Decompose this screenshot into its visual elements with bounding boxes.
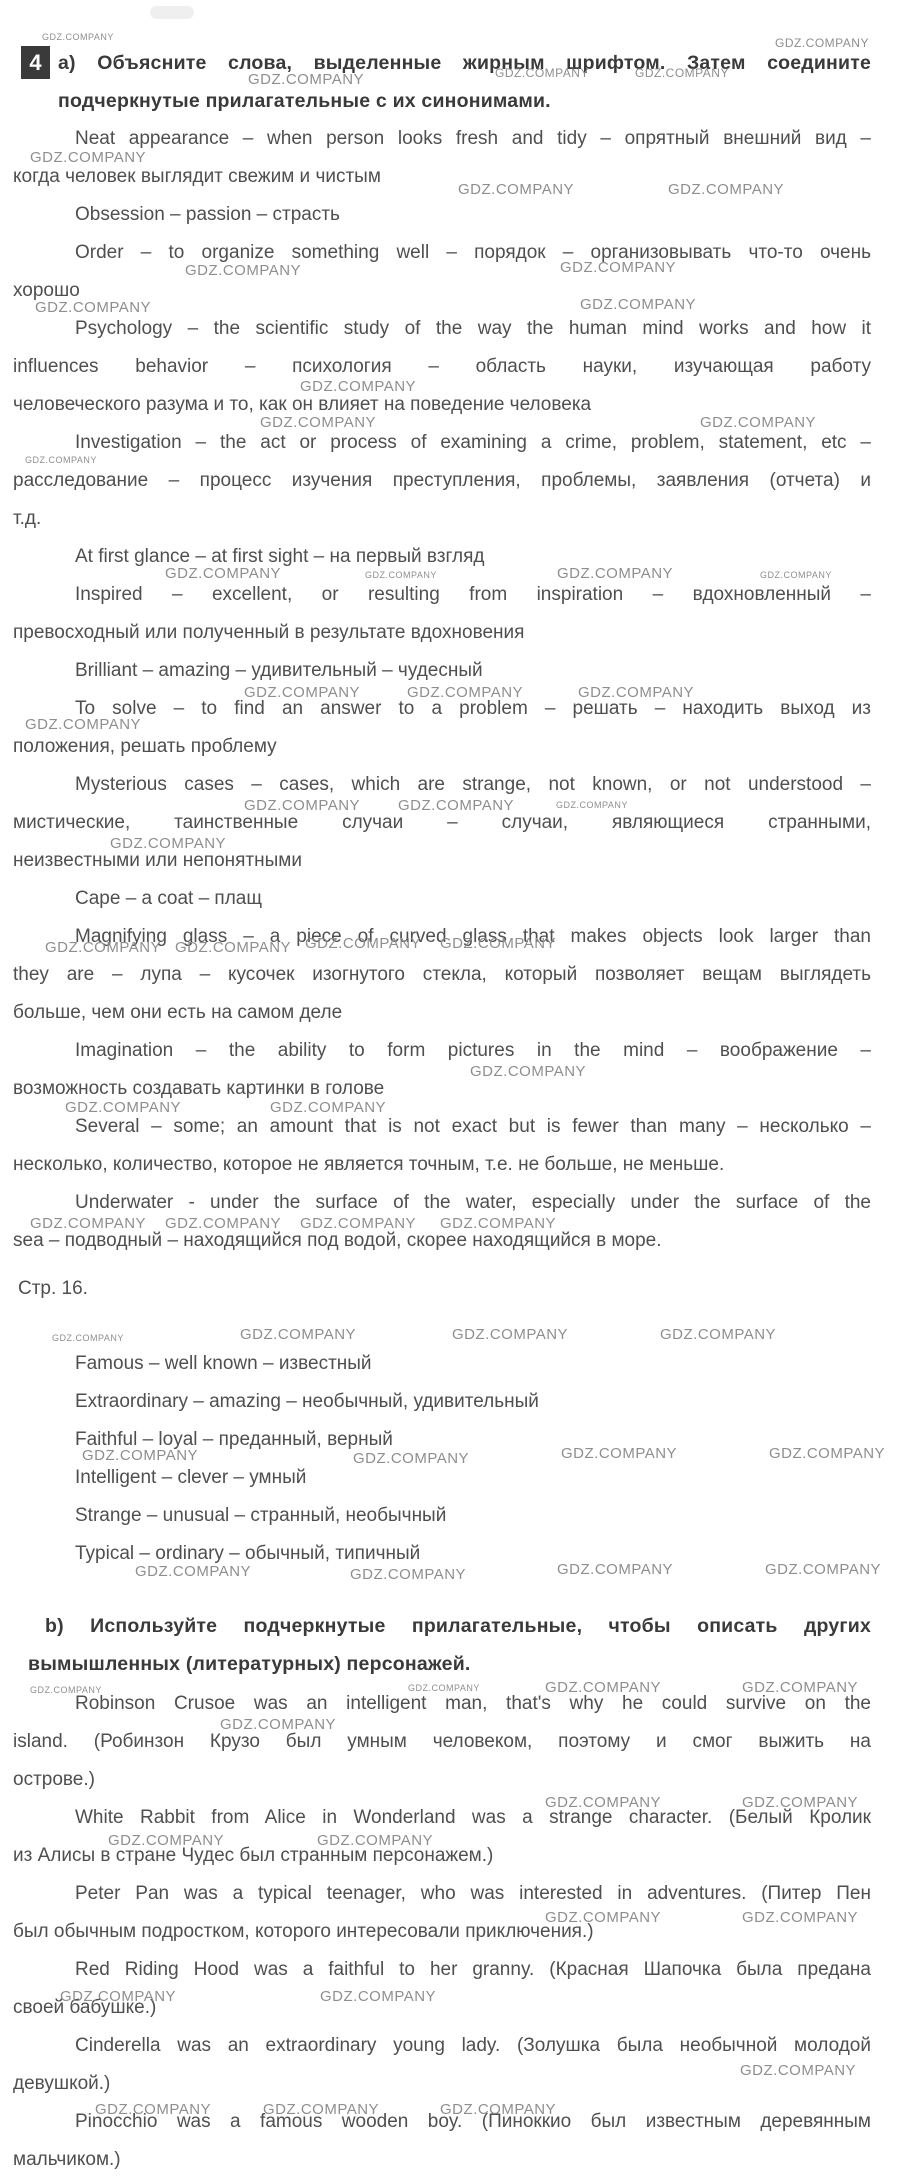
gdz-company-watermark: GDZ.COMPANY: [35, 300, 151, 315]
document-page: а) Объясните слова, выделенные жирным шр…: [0, 0, 905, 2178]
gdz-company-watermark: GDZ.COMPANY: [305, 936, 421, 951]
gdz-company-watermark: GDZ.COMPANY: [660, 1327, 776, 1342]
gdz-company-watermark: GDZ.COMPANY: [775, 37, 869, 49]
gdz-company-watermark: GDZ.COMPANY: [557, 1562, 673, 1577]
text-line: At first glance – at first sight – на пе…: [13, 538, 871, 576]
gdz-company-watermark: GDZ.COMPANY: [25, 456, 97, 465]
text-line: b) Используйте подчеркнутые прилагательн…: [28, 1607, 871, 1645]
gdz-company-watermark: GDZ.COMPANY: [769, 1446, 885, 1461]
gdz-company-watermark: GDZ.COMPANY: [365, 571, 437, 580]
gdz-company-watermark: GDZ.COMPANY: [560, 260, 676, 275]
gdz-company-watermark: GDZ.COMPANY: [45, 940, 161, 955]
text-line: несколько, количество, которое не являет…: [13, 1146, 871, 1184]
gdz-company-watermark: GDZ.COMPANY: [495, 67, 589, 79]
text-line: подчеркнутые прилагательные с их синоним…: [58, 82, 871, 120]
text-line: а) Объясните слова, выделенные жирным шр…: [58, 44, 871, 82]
gdz-company-watermark: GDZ.COMPANY: [700, 415, 816, 430]
gdz-company-watermark: GDZ.COMPANY: [440, 936, 556, 951]
gdz-company-watermark: GDZ.COMPANY: [248, 72, 364, 87]
text-line: Obsession – passion – страсть: [13, 196, 871, 234]
gdz-company-watermark: GDZ.COMPANY: [244, 798, 360, 813]
gdz-company-watermark: GDZ.COMPANY: [185, 263, 301, 278]
gdz-company-watermark: GDZ.COMPANY: [135, 1564, 251, 1579]
text-line: больше, чем они есть на самом деле: [13, 994, 871, 1032]
gdz-company-watermark: GDZ.COMPANY: [557, 566, 673, 581]
gdz-company-watermark: GDZ.COMPANY: [398, 798, 514, 813]
task-b-heading: b) Используйте подчеркнутые прилагательн…: [28, 1607, 871, 1683]
gdz-company-watermark: GDZ.COMPANY: [244, 685, 360, 700]
text-line: Extraordinary – amazing – необычный, уди…: [13, 1383, 871, 1421]
gdz-company-watermark: GDZ.COMPANY: [175, 940, 291, 955]
paragraph: Robinson Crusoe was an intelligent man, …: [13, 1685, 871, 1799]
gdz-company-watermark: GDZ.COMPANY: [580, 297, 696, 312]
gdz-company-watermark: GDZ.COMPANY: [452, 1327, 568, 1342]
text-line: превосходный или полученный в результате…: [13, 614, 871, 652]
paragraph: Inspired – excellent, or resulting from …: [13, 576, 871, 652]
gdz-company-watermark: GDZ.COMPANY: [165, 566, 281, 581]
text-line: Cape – a coat – плащ: [13, 880, 871, 918]
gdz-company-watermark: GDZ.COMPANY: [742, 1680, 858, 1695]
gdz-company-watermark: GDZ.COMPANY: [545, 1795, 661, 1810]
text-line: мальчиком.): [13, 2141, 871, 2178]
text-line: Inspired – excellent, or resulting from …: [13, 576, 871, 614]
text-line: Peter Pan was a typical teenager, who wa…: [13, 1875, 871, 1913]
gdz-company-watermark: GDZ.COMPANY: [353, 1451, 469, 1466]
gdz-company-watermark: GDZ.COMPANY: [108, 1833, 224, 1848]
gdz-company-watermark: GDZ.COMPANY: [317, 1833, 433, 1848]
gdz-company-watermark: GDZ.COMPANY: [65, 1100, 181, 1115]
page-reference-row: Стр. 16.: [18, 1270, 871, 1308]
task-a-heading: а) Объясните слова, выделенные жирным шр…: [58, 44, 871, 120]
gdz-company-watermark: GDZ.COMPANY: [561, 1446, 677, 1461]
text-line: т.д.: [13, 500, 871, 538]
text-line: island. (Робинзон Крузо был умным челове…: [13, 1723, 871, 1761]
task-number-badge: 4: [21, 46, 50, 79]
gdz-company-watermark: GDZ.COMPANY: [300, 1216, 416, 1231]
gdz-company-watermark: GDZ.COMPANY: [440, 2102, 556, 2117]
text-line: Imagination – the ability to form pictur…: [13, 1032, 871, 1070]
paragraph: Obsession – passion – страсть: [13, 196, 871, 234]
text-line: Red Riding Hood was a faithful to her gr…: [13, 1951, 871, 1989]
gdz-company-watermark: GDZ.COMPANY: [440, 1216, 556, 1231]
gdz-company-watermark: GDZ.COMPANY: [270, 1100, 386, 1115]
gdz-company-watermark: GDZ.COMPANY: [30, 1686, 102, 1695]
text-line: положения, решать проблему: [13, 728, 871, 766]
gdz-company-watermark: GDZ.COMPANY: [760, 571, 832, 580]
gdz-company-watermark: GDZ.COMPANY: [42, 33, 114, 42]
gdz-company-watermark: GDZ.COMPANY: [740, 2063, 856, 2078]
paragraph: Several – some; an amount that is not ex…: [13, 1108, 871, 1184]
gdz-company-watermark: GDZ.COMPANY: [110, 836, 226, 851]
paragraph: To solve – to find an answer to a proble…: [13, 690, 871, 766]
gdz-company-watermark: GDZ.COMPANY: [260, 415, 376, 430]
gdz-company-watermark: GDZ.COMPANY: [350, 1567, 466, 1582]
page-reference: Стр. 16.: [18, 1270, 871, 1308]
paragraph: Psychology – the scientific study of the…: [13, 310, 871, 424]
paragraph: At first glance – at first sight – на пе…: [13, 538, 871, 576]
gdz-company-watermark: GDZ.COMPANY: [240, 1327, 356, 1342]
task-number: 4: [29, 50, 41, 76]
gdz-company-watermark: GDZ.COMPANY: [668, 182, 784, 197]
gdz-company-watermark: GDZ.COMPANY: [165, 1216, 281, 1231]
gdz-company-watermark: GDZ.COMPANY: [742, 1795, 858, 1810]
text-line: Famous – well known – известный: [13, 1345, 871, 1383]
gdz-company-watermark: GDZ.COMPANY: [25, 717, 141, 732]
gdz-company-watermark: GDZ.COMPANY: [765, 1562, 881, 1577]
paragraph: Mysterious cases – cases, which are stra…: [13, 766, 871, 880]
gdz-company-watermark: GDZ.COMPANY: [60, 1989, 176, 2004]
text-line: influences behavior – психология – облас…: [13, 348, 871, 386]
gdz-company-watermark: GDZ.COMPANY: [635, 67, 729, 79]
gdz-company-watermark: GDZ.COMPANY: [578, 685, 694, 700]
gdz-company-watermark: GDZ.COMPANY: [52, 1334, 124, 1343]
text-line: Strange – unusual – странный, необычный: [13, 1497, 871, 1535]
paragraph: Imagination – the ability to form pictur…: [13, 1032, 871, 1108]
paragraph: Investigation – the act or process of ex…: [13, 424, 871, 538]
gdz-company-watermark: GDZ.COMPANY: [30, 1216, 146, 1231]
gdz-company-watermark: GDZ.COMPANY: [320, 1989, 436, 2004]
text-line: вымышленных (литературных) персонажей.: [28, 1645, 871, 1683]
gdz-company-watermark: GDZ.COMPANY: [220, 1717, 336, 1732]
gdz-company-watermark: GDZ.COMPANY: [545, 1680, 661, 1695]
gdz-company-watermark: GDZ.COMPANY: [742, 1910, 858, 1925]
gdz-company-watermark: GDZ.COMPANY: [30, 150, 146, 165]
text-line: Cinderella was an extraordinary young la…: [13, 2027, 871, 2065]
gdz-company-watermark: GDZ.COMPANY: [82, 1448, 198, 1463]
scan-artifact: [150, 6, 194, 19]
gdz-company-watermark: GDZ.COMPANY: [545, 1910, 661, 1925]
gdz-company-watermark: GDZ.COMPANY: [408, 1684, 480, 1693]
gdz-company-watermark: GDZ.COMPANY: [556, 801, 628, 810]
text-line: they are – лупа – кусочек изогнутого сте…: [13, 956, 871, 994]
gdz-company-watermark: GDZ.COMPANY: [407, 685, 523, 700]
gdz-company-watermark: GDZ.COMPANY: [300, 379, 416, 394]
gdz-company-watermark: GDZ.COMPANY: [470, 1064, 586, 1079]
gdz-company-watermark: GDZ.COMPANY: [458, 182, 574, 197]
gdz-company-watermark: GDZ.COMPANY: [95, 2102, 211, 2117]
gdz-company-watermark: GDZ.COMPANY: [263, 2102, 379, 2117]
text-line: расследование – процесс изучения преступ…: [13, 462, 871, 500]
text-line: Order – to organize something well – пор…: [13, 234, 871, 272]
paragraph: Cape – a coat – плащ: [13, 880, 871, 918]
